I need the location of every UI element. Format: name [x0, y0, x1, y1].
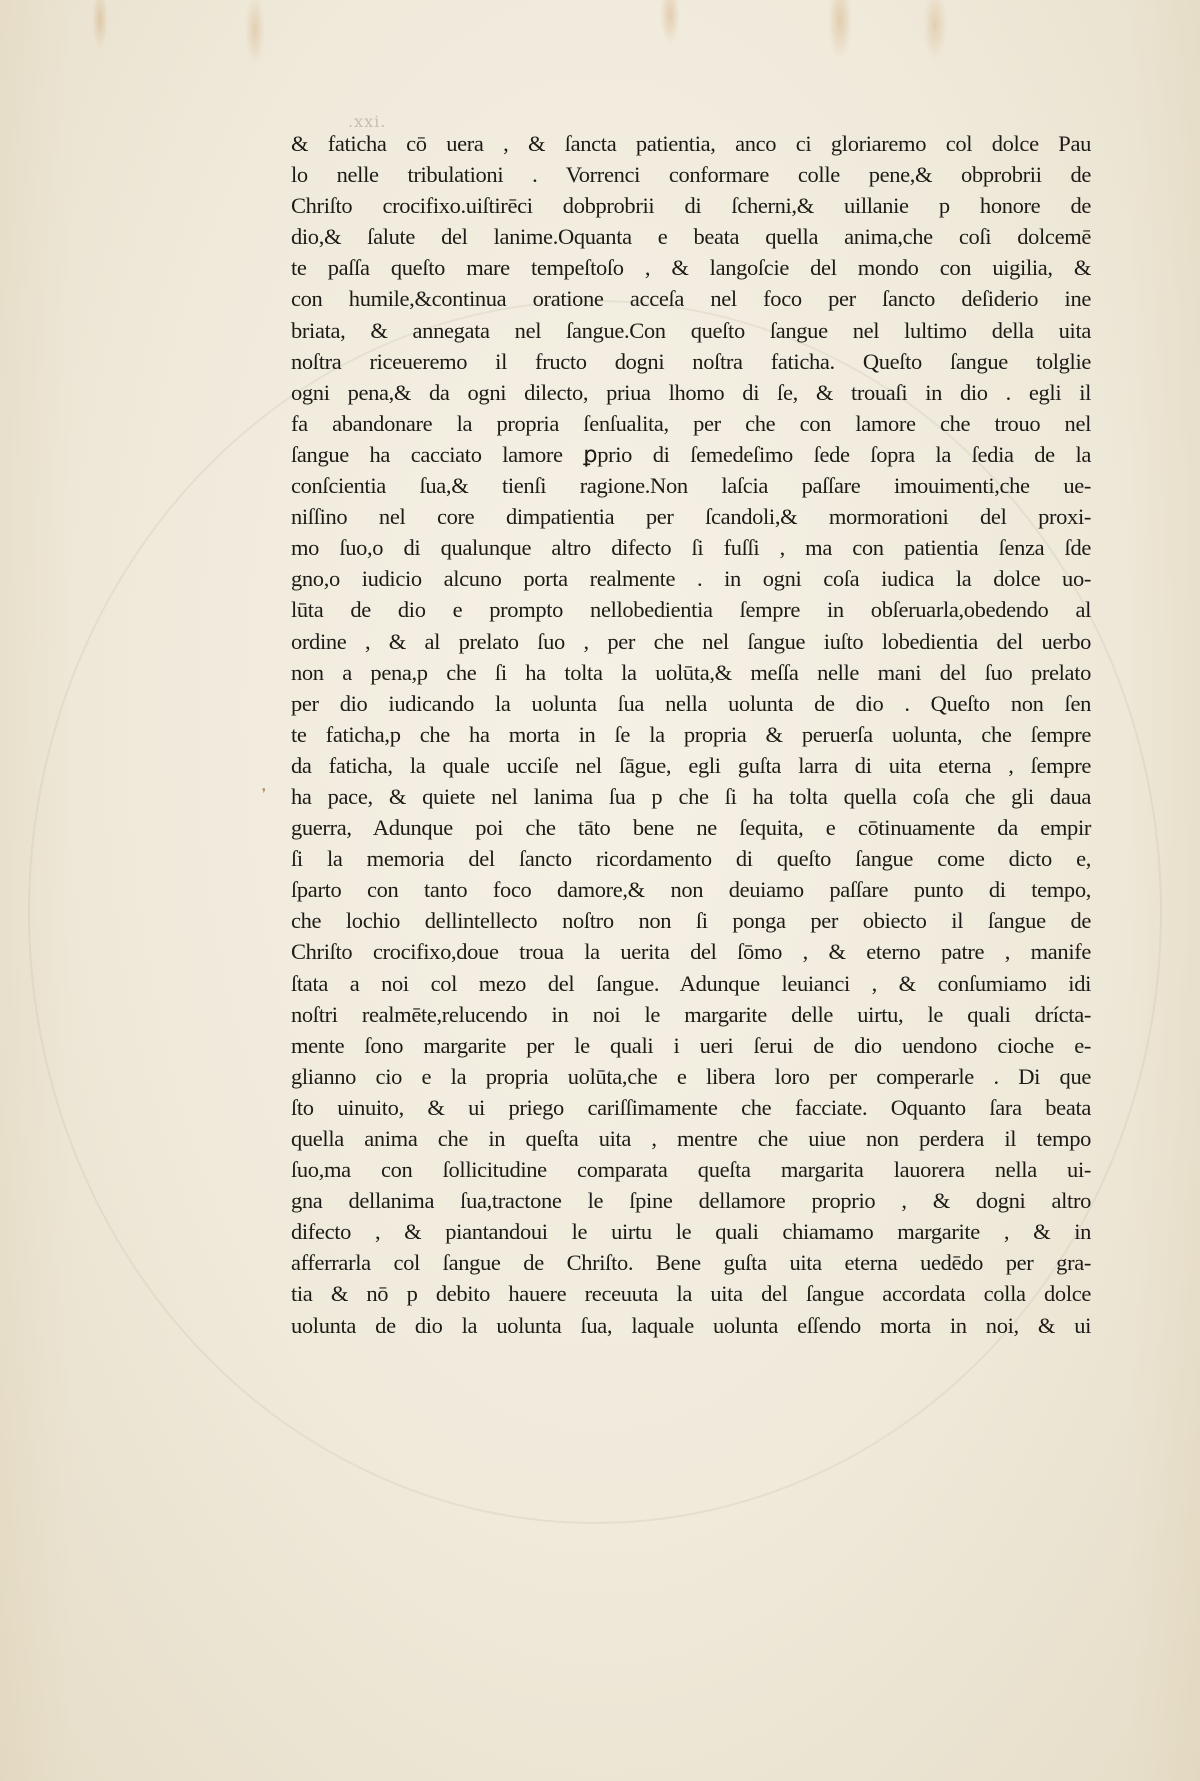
text-line: afferrarla col ſangue de Chriſto. Bene g…	[291, 1247, 1091, 1278]
text-line: ogni pena,& da ogni dilecto, priua lhomo…	[291, 377, 1091, 408]
text-line: Chriſto crocifixo.uiſtirēci dobprobrii d…	[291, 190, 1091, 221]
text-line: glianno cio e la propria uolūta,che e li…	[291, 1061, 1091, 1092]
text-line: ſto uinuito, & ui priego cariſſimamente …	[291, 1092, 1091, 1123]
text-line: ha pace, & quiete nel lanima ſua p che ſ…	[291, 781, 1091, 812]
text-line: te faticha,p che ha morta in ſe la propr…	[291, 719, 1091, 750]
text-line: ſuo,ma con ſollicitudine comparata queſt…	[291, 1154, 1091, 1185]
text-line: conſcientia ſua,& tienſi ragione.Non laſ…	[291, 470, 1091, 501]
paper-foxing-stains	[0, 0, 1200, 90]
margin-ink-mark: ❜	[262, 786, 266, 800]
text-line: dio,& ſalute del lanime.Oquanta e beata …	[291, 221, 1091, 252]
page-text-block: & faticha cō uera , & ſancta patientia, …	[291, 128, 1091, 1341]
text-line: uolunta de dio la uolunta ſua, laquale u…	[291, 1310, 1091, 1341]
text-line: tia & nō p debito hauere receuuta la uit…	[291, 1278, 1091, 1309]
text-line: non a pena,p che ſi ha tolta la uolūta,&…	[291, 657, 1091, 688]
text-line: noſtra riceueremo il fructo dogni noſtra…	[291, 346, 1091, 377]
text-line: gna dellanima ſua,tractone le ſpine dell…	[291, 1185, 1091, 1216]
text-line: Chriſto crocifixo,doue troua la uerita d…	[291, 936, 1091, 967]
text-line: mo ſuo,o di qualunque altro difecto ſi f…	[291, 532, 1091, 563]
text-line: ſangue ha cacciato lamore ꝑprio di ſemed…	[291, 439, 1091, 470]
text-line: ſparto con tanto foco damore,& non deuia…	[291, 874, 1091, 905]
text-line: lūta de dio e prompto nellobedientia ſem…	[291, 594, 1091, 625]
text-line: guerra, Adunque poi che tāto bene ne ſeq…	[291, 812, 1091, 843]
text-line: ordine , & al prelato ſuo , per che nel …	[291, 626, 1091, 657]
text-line: ſi la memoria del ſancto ricordamento di…	[291, 843, 1091, 874]
text-line: & faticha cō uera , & ſancta patientia, …	[291, 128, 1091, 159]
text-line: lo nelle tribulationi . Vorrenci conform…	[291, 159, 1091, 190]
text-line: difecto , & piantandoui le uirtu le qual…	[291, 1216, 1091, 1247]
text-line: fa abandonare la propria ſenſualita, per…	[291, 408, 1091, 439]
text-line: da faticha, la quale ucciſe nel ſāgue, e…	[291, 750, 1091, 781]
text-line: noſtri realmēte,relucendo in noi le marg…	[291, 999, 1091, 1030]
text-line: te paſſa queſto mare tempeſtoſo , & lang…	[291, 252, 1091, 283]
text-line: ſtata a noi col mezo del ſangue. Adunque…	[291, 968, 1091, 999]
text-line: con humile,&continua oratione acceſa nel…	[291, 283, 1091, 314]
text-line: per dio iudicando la uolunta ſua nella u…	[291, 688, 1091, 719]
text-line: quella anima che in queſta uita , mentre…	[291, 1123, 1091, 1154]
text-line: gno,o iudicio alcuno porta realmente . i…	[291, 563, 1091, 594]
text-line: mente ſono margarite per le quali i ueri…	[291, 1030, 1091, 1061]
text-line: briata, & annegata nel ſangue.Con queſto…	[291, 315, 1091, 346]
text-line: che lochio dellintellecto noſtro non ſi …	[291, 905, 1091, 936]
text-line: niſſino nel core dimpatientia per ſcando…	[291, 501, 1091, 532]
